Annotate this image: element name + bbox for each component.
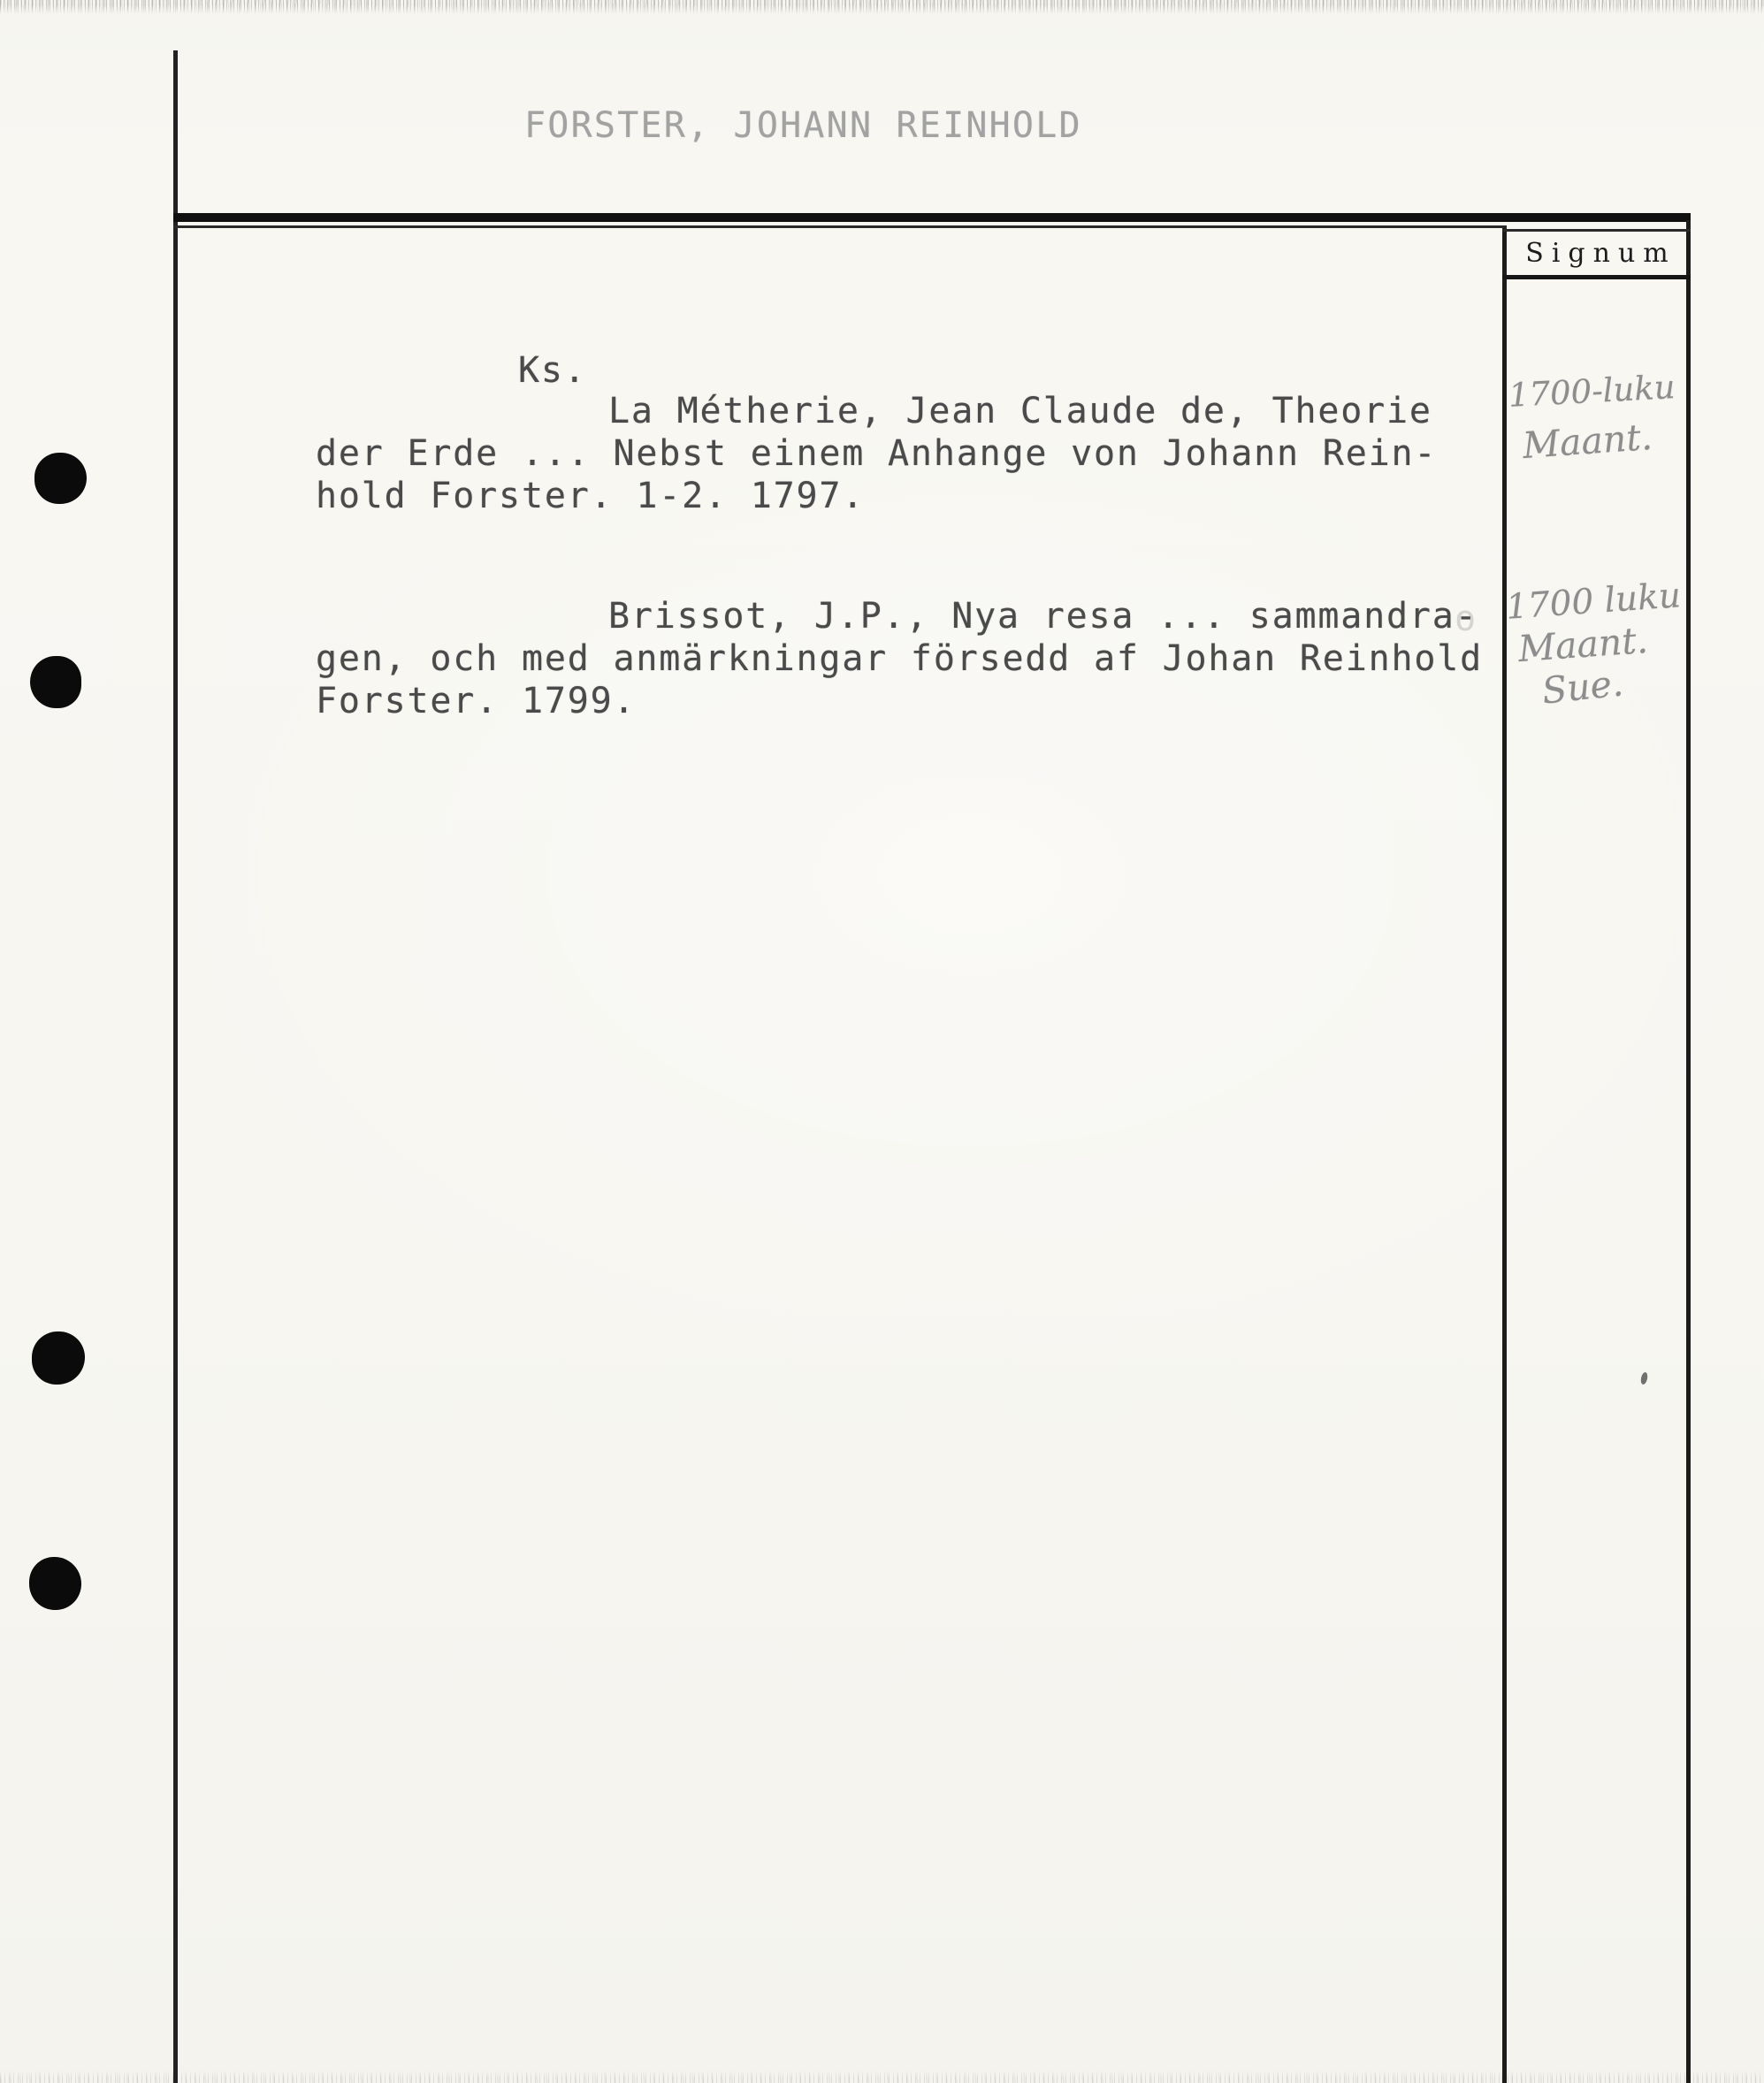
entry-ghost-character: o bbox=[1455, 601, 1478, 637]
pencil-speck bbox=[1640, 1371, 1649, 1385]
header-rule-thick bbox=[173, 213, 1691, 222]
signum-header-bottom-rule bbox=[1502, 275, 1691, 279]
entry-line: La Métherie, Jean Claude de, Theorie bbox=[608, 393, 1432, 429]
entry-line: Brissot, J.P., Nya resa ... sammandra- bbox=[608, 599, 1478, 634]
entry-line: gen, och med anmärkningar försedd af Joh… bbox=[316, 641, 1483, 676]
signum-annotation: 1700-luku bbox=[1508, 370, 1676, 412]
punch-hole bbox=[30, 656, 81, 708]
entry-line: der Erde ... Nebst einem Anhange von Joh… bbox=[316, 436, 1437, 471]
punch-hole bbox=[34, 453, 87, 504]
signum-annotation: Maant. bbox=[1522, 419, 1653, 464]
scan-noise-top bbox=[0, 0, 1764, 14]
signum-column-left-rule bbox=[1502, 228, 1507, 2083]
scan-noise-bottom bbox=[0, 2071, 1764, 2083]
punch-hole bbox=[29, 1557, 81, 1610]
header-rule-thin bbox=[173, 225, 1507, 228]
page-title: FORSTER, JOHANN REINHOLD bbox=[524, 108, 1082, 143]
signum-annotation: Sue. bbox=[1540, 665, 1625, 709]
signum-column-header: Signum bbox=[1507, 231, 1687, 275]
entry-line: Forster. 1799. bbox=[316, 683, 636, 719]
signum-annotation: Maant. bbox=[1517, 622, 1649, 668]
signum-header-label: Signum bbox=[1517, 238, 1676, 269]
signum-column-right-rule bbox=[1686, 220, 1691, 2083]
left-margin-rule bbox=[173, 50, 178, 2083]
punch-hole bbox=[32, 1331, 85, 1385]
entry-shelf-prefix: Ks. bbox=[518, 353, 587, 388]
entry-line: hold Forster. 1-2. 1797. bbox=[316, 478, 865, 514]
signum-annotation: 1700 luku bbox=[1505, 578, 1682, 625]
catalog-sheet: FORSTER, JOHANN REINHOLD Signum Ks. La M… bbox=[0, 0, 1764, 2083]
